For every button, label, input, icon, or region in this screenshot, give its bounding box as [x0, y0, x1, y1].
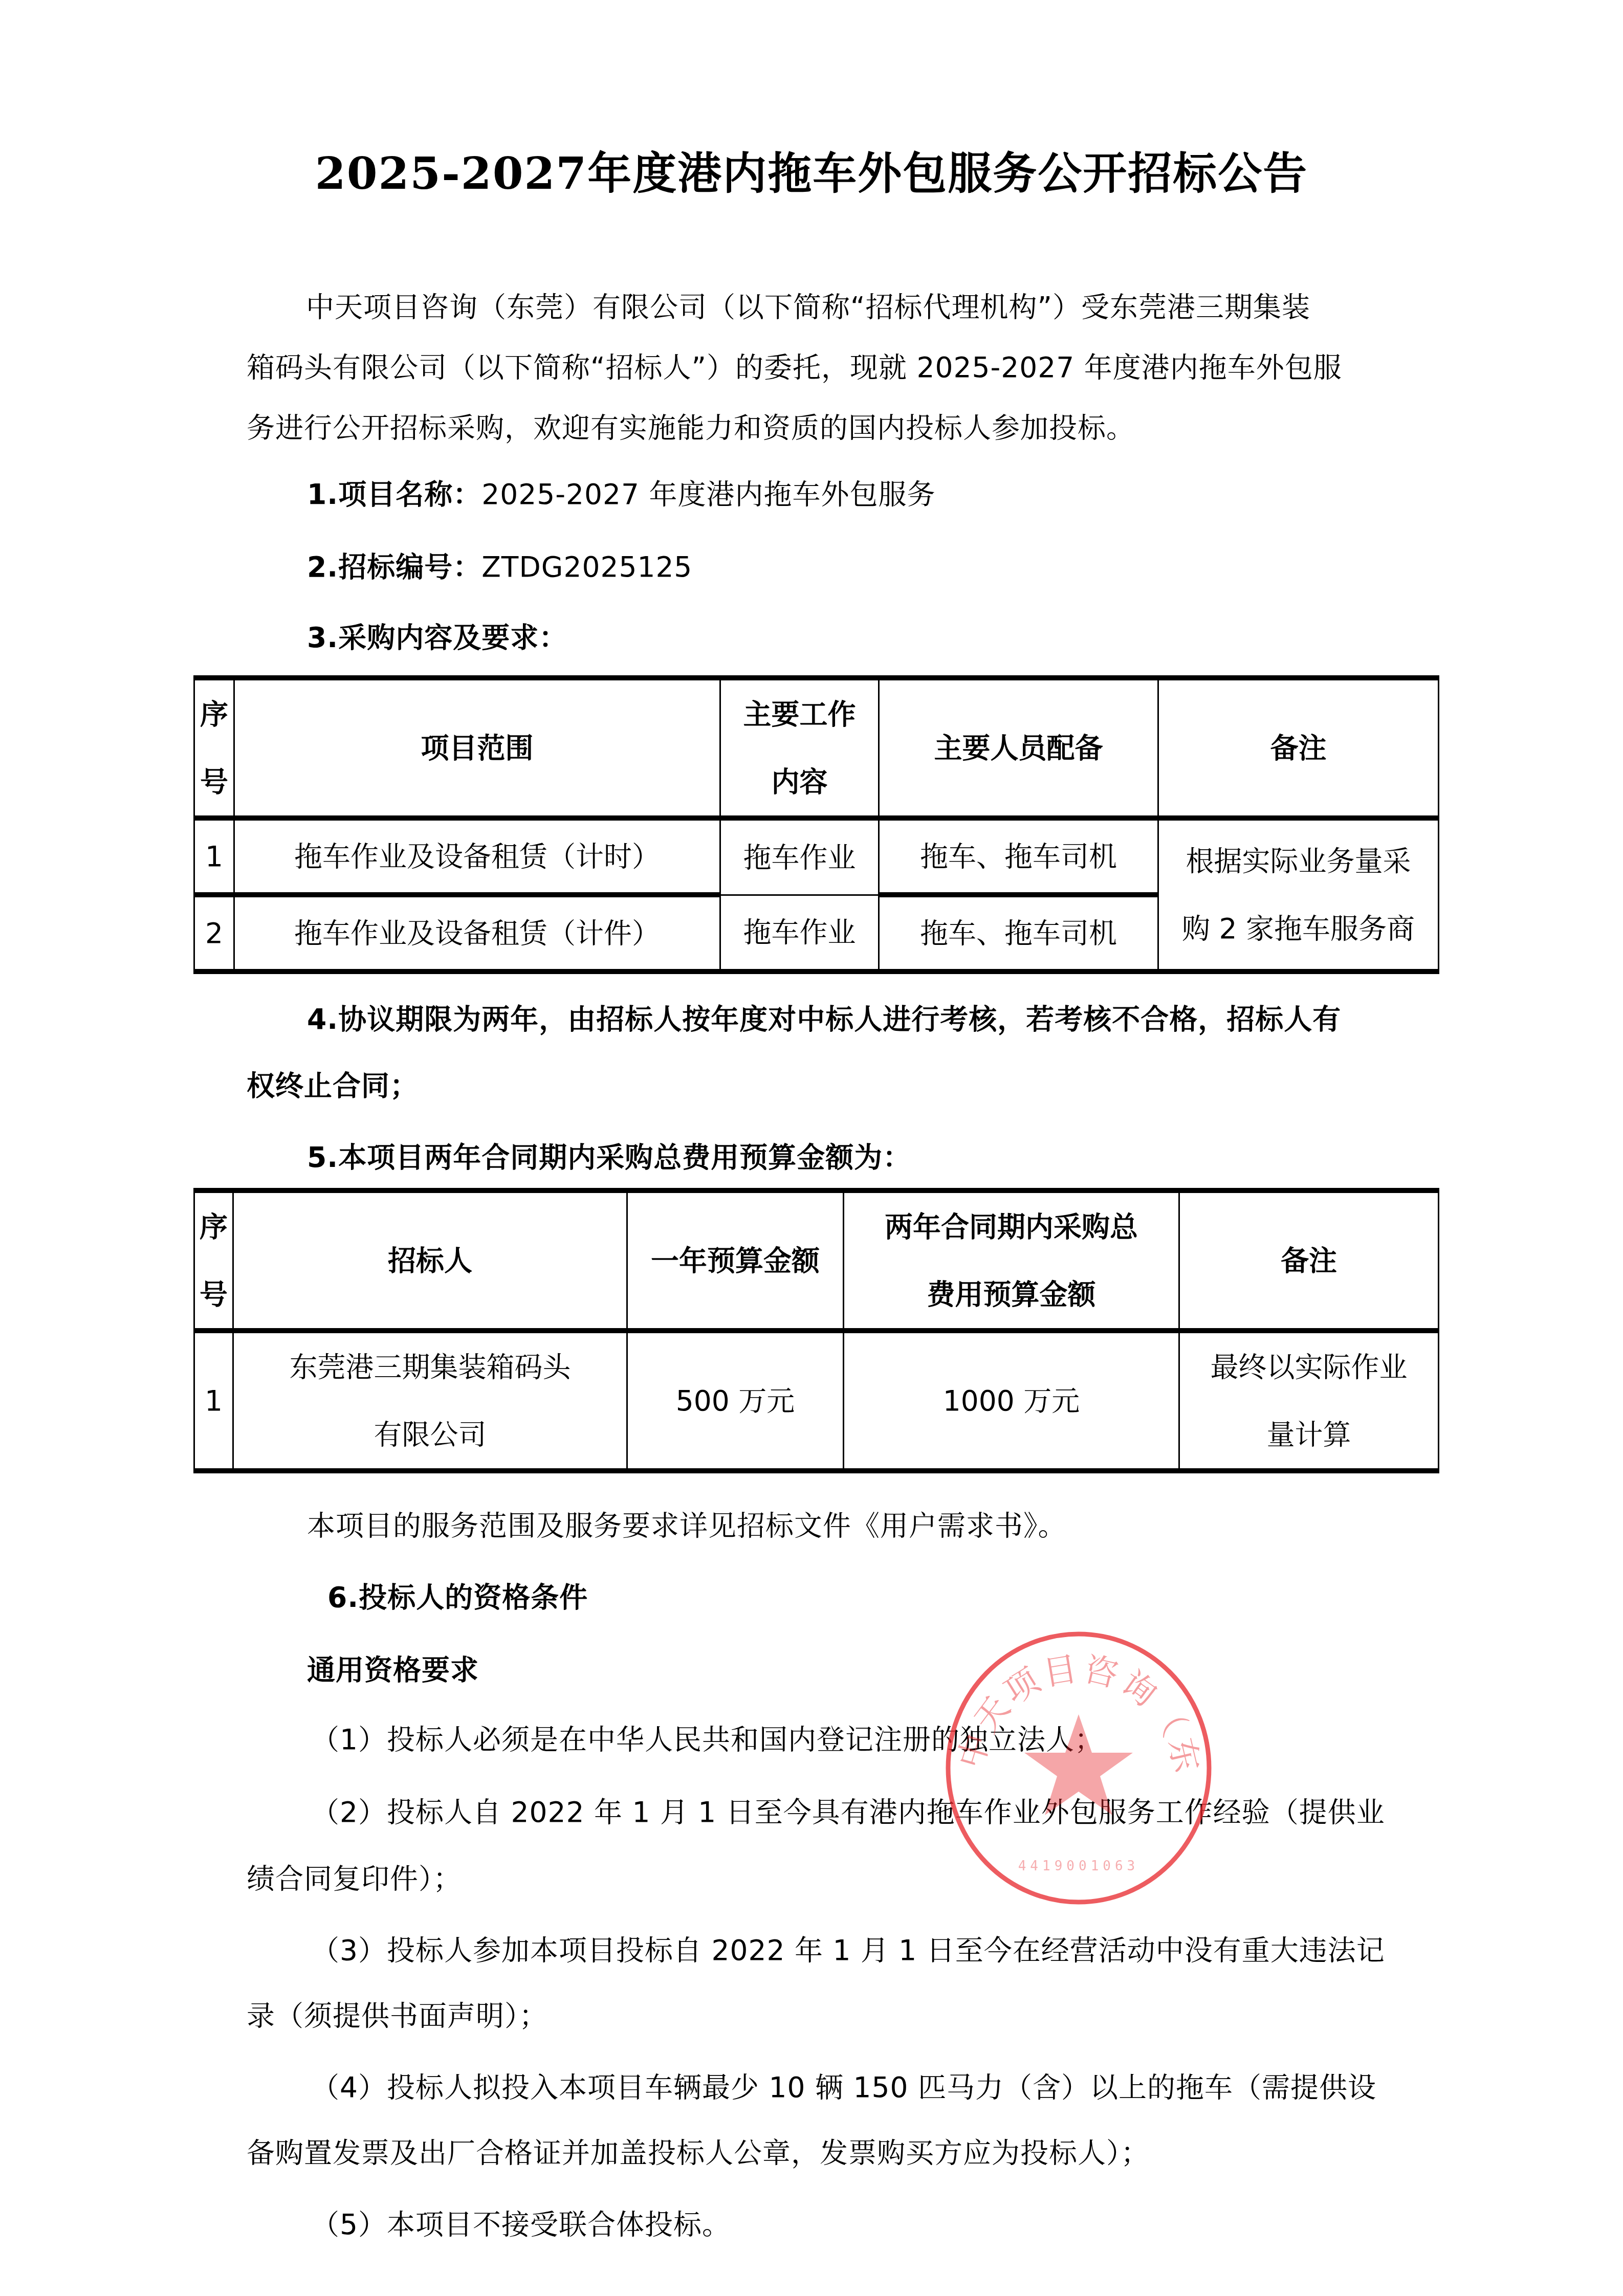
- requirement-4-line-1: （4）投标人拟投入本项目车辆最少 10 辆 150 匹马力（含）以上的拖车（需提…: [311, 2065, 1376, 2105]
- header-annual-budget: 一年预算金额: [627, 1190, 844, 1331]
- item-6-label: 6.投标人的资格条件: [327, 1575, 588, 1615]
- header-seq-line: 序: [195, 680, 233, 748]
- document-title: 2025-2027年度港内拖车外包服务公开招标公告: [0, 138, 1623, 202]
- header-work-line: 主要工作: [726, 680, 873, 748]
- cell-seq: 1: [194, 818, 234, 895]
- remark-line: 根据实际业务量采: [1164, 827, 1433, 895]
- cell-remark-merged: 根据实际业务量采 购 2 家拖车服务商: [1158, 818, 1439, 972]
- header-remark: 备注: [1179, 1190, 1439, 1331]
- item-3-label: 3.采购内容及要求：: [307, 615, 567, 655]
- remark-line: 购 2 家拖车服务商: [1164, 895, 1433, 962]
- header-scope: 项目范围: [234, 678, 720, 818]
- cell-remark: 最终以实际作业 量计算: [1179, 1331, 1439, 1471]
- header-seq: 序 号: [194, 678, 234, 818]
- cell-work: 拖车作业: [720, 818, 879, 895]
- cell-tenderer: 东莞港三期集装箱码头 有限公司: [233, 1331, 627, 1471]
- item-1-label: 1.项目名称：: [307, 478, 481, 511]
- budget-table: 序 号 招标人 一年预算金额 两年合同期内采购总 费用预算金额 备注 1 东莞港…: [193, 1188, 1439, 1473]
- requirement-2-line-2: 绩合同复印件）；: [247, 1856, 462, 1896]
- header-total-line: 两年合同期内采购总: [849, 1193, 1173, 1261]
- cell-staff: 拖车、拖车司机: [879, 818, 1158, 895]
- tenderer-line: 东莞港三期集装箱码头: [239, 1333, 621, 1401]
- item-4-line-2: 权终止合同；: [247, 1063, 419, 1103]
- header-work-line: 内容: [726, 748, 873, 815]
- header-seq-line: 号: [195, 1261, 232, 1328]
- item-2-value: ZTDG2025125: [481, 550, 692, 583]
- table-header-row: 序 号 招标人 一年预算金额 两年合同期内采购总 费用预算金额 备注: [194, 1190, 1439, 1331]
- header-staff: 主要人员配备: [879, 678, 1158, 818]
- cell-seq: 2: [194, 895, 234, 972]
- header-remark: 备注: [1158, 678, 1439, 818]
- cell-scope: 拖车作业及设备租赁（计件）: [234, 895, 720, 972]
- header-seq: 序 号: [194, 1190, 233, 1331]
- requirement-4-line-2: 备购置发票及出厂合格证并加盖投标人公章，发票购买方应为投标人）；: [247, 2130, 1150, 2171]
- header-work: 主要工作 内容: [720, 678, 879, 818]
- cell-work: 拖车作业: [720, 895, 879, 972]
- table-header-row: 序 号 项目范围 主要工作 内容 主要人员配备 备注: [194, 678, 1439, 818]
- general-requirements-title: 通用资格要求: [307, 1647, 479, 1688]
- svg-text:4419001063: 4419001063: [1018, 1859, 1139, 1874]
- remark-line: 量计算: [1185, 1401, 1433, 1468]
- cell-total-budget: 1000 万元: [844, 1331, 1179, 1471]
- cell-scope: 拖车作业及设备租赁（计时）: [234, 818, 720, 895]
- item-2: 2.招标编号：ZTDG2025125: [307, 544, 692, 585]
- requirement-3-line-2: 录（须提供书面声明）；: [247, 1993, 548, 2034]
- item-1-value: 2025-2027 年度港内拖车外包服务: [481, 478, 935, 511]
- table-row: 1 东莞港三期集装箱码头 有限公司 500 万元 1000 万元 最终以实际作业…: [194, 1331, 1439, 1471]
- item-5-label: 5.本项目两年合同期内采购总费用预算金额为：: [307, 1135, 911, 1175]
- header-seq-line: 号: [195, 748, 233, 815]
- intro-line-3: 务进行公开招标采购，欢迎有实施能力和资质的国内投标人参加投标。: [247, 405, 1135, 446]
- item-1: 1.项目名称：2025-2027 年度港内拖车外包服务: [307, 472, 935, 512]
- requirement-5: （5）本项目不接受联合体投标。: [311, 2202, 731, 2242]
- header-tenderer: 招标人: [233, 1190, 627, 1331]
- tenderer-line: 有限公司: [239, 1401, 621, 1468]
- cell-staff: 拖车、拖车司机: [879, 895, 1158, 972]
- intro-line-1: 中天项目咨询（东莞）有限公司（以下简称“招标代理机构”）受东莞港三期集装: [306, 284, 1310, 325]
- header-total-line: 费用预算金额: [849, 1261, 1173, 1328]
- table-row: 1 拖车作业及设备租赁（计时） 拖车作业 拖车、拖车司机 根据实际业务量采 购 …: [194, 818, 1439, 895]
- company-seal-icon: 中天项目咨询（东莞）有限公司 4419001063: [940, 1630, 1217, 1906]
- item-2-label: 2.招标编号：: [307, 550, 481, 583]
- intro-line-2: 箱码头有限公司（以下简称“招标人”）的委托，现就 2025-2027 年度港内拖…: [247, 345, 1342, 385]
- requirement-2-line-1: （2）投标人自 2022 年 1 月 1 日至今具有港内拖车作业外包服务工作经验…: [311, 1790, 1385, 1830]
- scope-note: 本项目的服务范围及服务要求详见招标文件《用户需求书》。: [307, 1503, 1067, 1543]
- header-seq-line: 序: [195, 1193, 232, 1261]
- remark-line: 最终以实际作业: [1185, 1333, 1433, 1401]
- header-total-budget: 两年合同期内采购总 费用预算金额: [844, 1190, 1179, 1331]
- cell-annual-budget: 500 万元: [627, 1331, 844, 1471]
- requirement-3-line-1: （3）投标人参加本项目投标自 2022 年 1 月 1 日至今在经营活动中没有重…: [311, 1928, 1385, 1968]
- item-4-line-1: 4.协议期限为两年，由招标人按年度对中标人进行考核，若考核不合格，招标人有: [307, 997, 1341, 1037]
- requirement-1: （1）投标人必须是在中华人民共和国内登记注册的独立法人；: [311, 1717, 1103, 1757]
- cell-seq: 1: [194, 1331, 233, 1471]
- procurement-table: 序 号 项目范围 主要工作 内容 主要人员配备 备注 1 拖车作业及设备租赁（计…: [193, 675, 1439, 974]
